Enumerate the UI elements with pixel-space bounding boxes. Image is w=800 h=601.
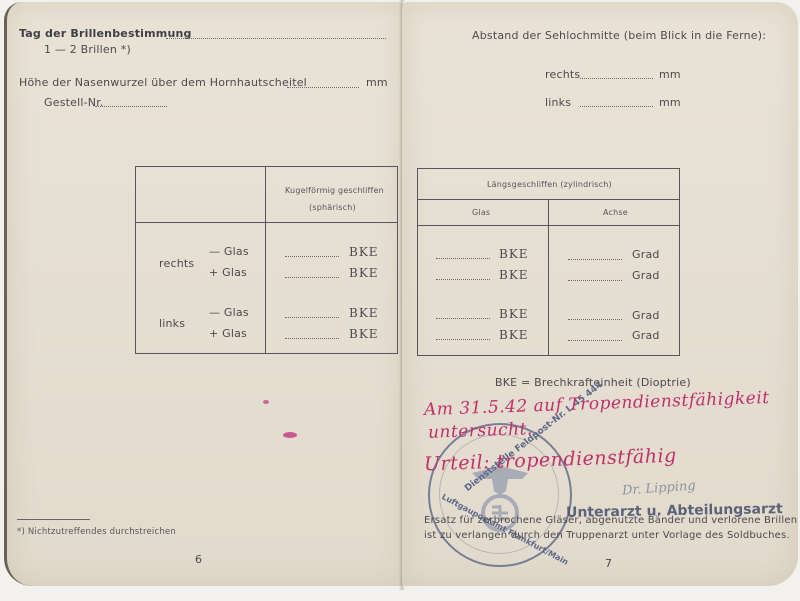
cyl-axis-field-1[interactable] — [568, 259, 622, 260]
spherical-header-line2: (sphärisch) — [309, 203, 356, 212]
left-plus-sphere-unit: BKE — [349, 327, 379, 341]
cyl-glass-unit-4: BKE — [499, 328, 529, 342]
table-header-divider — [135, 222, 398, 223]
booklet-spread: Tag der Brillenbestimmung 1 — 2 Brillen … — [0, 0, 800, 601]
handwritten-line-2: untersucht. — [428, 419, 533, 443]
cyl-axis-field-3[interactable] — [568, 319, 622, 320]
footnote-rule — [17, 519, 90, 520]
cyl-glass-unit-3: BKE — [499, 307, 529, 321]
ink-stain — [283, 432, 297, 438]
nose-bridge-height-label: Höhe der Nasenwurzel über dem Hornhautsc… — [19, 76, 307, 89]
footnote: *) Nichtzutreffendes durchstreichen — [17, 527, 176, 537]
right-eye-label: rechts — [159, 257, 194, 270]
page-number-right: 7 — [605, 557, 612, 570]
spherical-header-line1: Kugelförmig geschliffen — [285, 186, 384, 195]
pupil-distance-right-field[interactable] — [580, 78, 653, 79]
eyeglass-date-field[interactable] — [166, 38, 386, 39]
right-minus-glass-label: — Glas — [209, 245, 249, 258]
frame-number-field[interactable] — [95, 106, 167, 107]
pupil-distance-left-field[interactable] — [580, 106, 653, 107]
cyl-glass-unit-1: BKE — [499, 247, 529, 261]
cyl-axis-unit-4: Grad — [632, 329, 660, 342]
cyl-axis-unit-2: Grad — [632, 269, 660, 282]
ink-stain — [263, 400, 269, 404]
cyl-glass-unit-2: BKE — [499, 268, 529, 282]
left-minus-sphere-unit: BKE — [349, 306, 379, 320]
nose-bridge-height-unit: mm — [366, 76, 388, 89]
page-number-left: 6 — [195, 553, 202, 566]
cyl-glass-field-1[interactable] — [436, 258, 490, 259]
pupil-distance-right-unit: mm — [659, 68, 681, 81]
left-plus-glass-label: + Glas — [209, 327, 247, 340]
left-minus-sphere-field[interactable] — [285, 317, 339, 318]
right-plus-sphere-unit: BKE — [349, 266, 379, 280]
glass-column-header: Glas — [472, 208, 490, 217]
pupil-distance-right-label: rechts — [545, 68, 580, 81]
replacement-notice-line-1: Ersatz für zerbrochene Gläser, abgenutzt… — [424, 515, 797, 526]
glasses-count-label: 1 — 2 Brillen *) — [44, 43, 131, 56]
cyl-glass-field-2[interactable] — [436, 279, 490, 280]
table-divider — [548, 199, 549, 356]
right-plus-sphere-field[interactable] — [285, 277, 339, 278]
right-plus-glass-label: + Glas — [209, 266, 247, 279]
cyl-axis-field-4[interactable] — [568, 340, 622, 341]
cyl-axis-unit-1: Grad — [632, 248, 660, 261]
left-eye-label: links — [159, 317, 185, 330]
cylindrical-header: Längsgeschliffen (zylindrisch) — [487, 180, 612, 189]
cyl-glass-field-3[interactable] — [436, 318, 490, 319]
pupil-distance-heading: Abstand der Sehlochmitte (beim Blick in … — [472, 29, 766, 42]
pupil-distance-left-unit: mm — [659, 96, 681, 109]
cyl-glass-field-4[interactable] — [436, 339, 490, 340]
right-minus-sphere-field[interactable] — [285, 256, 339, 257]
cyl-axis-field-2[interactable] — [568, 280, 622, 281]
frame-number-label: Gestell-Nr. — [44, 96, 104, 109]
left-minus-glass-label: — Glas — [209, 306, 249, 319]
right-minus-sphere-unit: BKE — [349, 245, 379, 259]
left-plus-sphere-field[interactable] — [285, 338, 339, 339]
cyl-axis-unit-3: Grad — [632, 309, 660, 322]
nose-bridge-height-field[interactable] — [287, 87, 359, 88]
pupil-distance-left-label: links — [545, 96, 571, 109]
replacement-notice-line-2: ist zu verlangen durch den Truppenarzt u… — [424, 530, 790, 541]
table-divider — [265, 166, 266, 354]
axis-column-header: Achse — [603, 208, 628, 217]
